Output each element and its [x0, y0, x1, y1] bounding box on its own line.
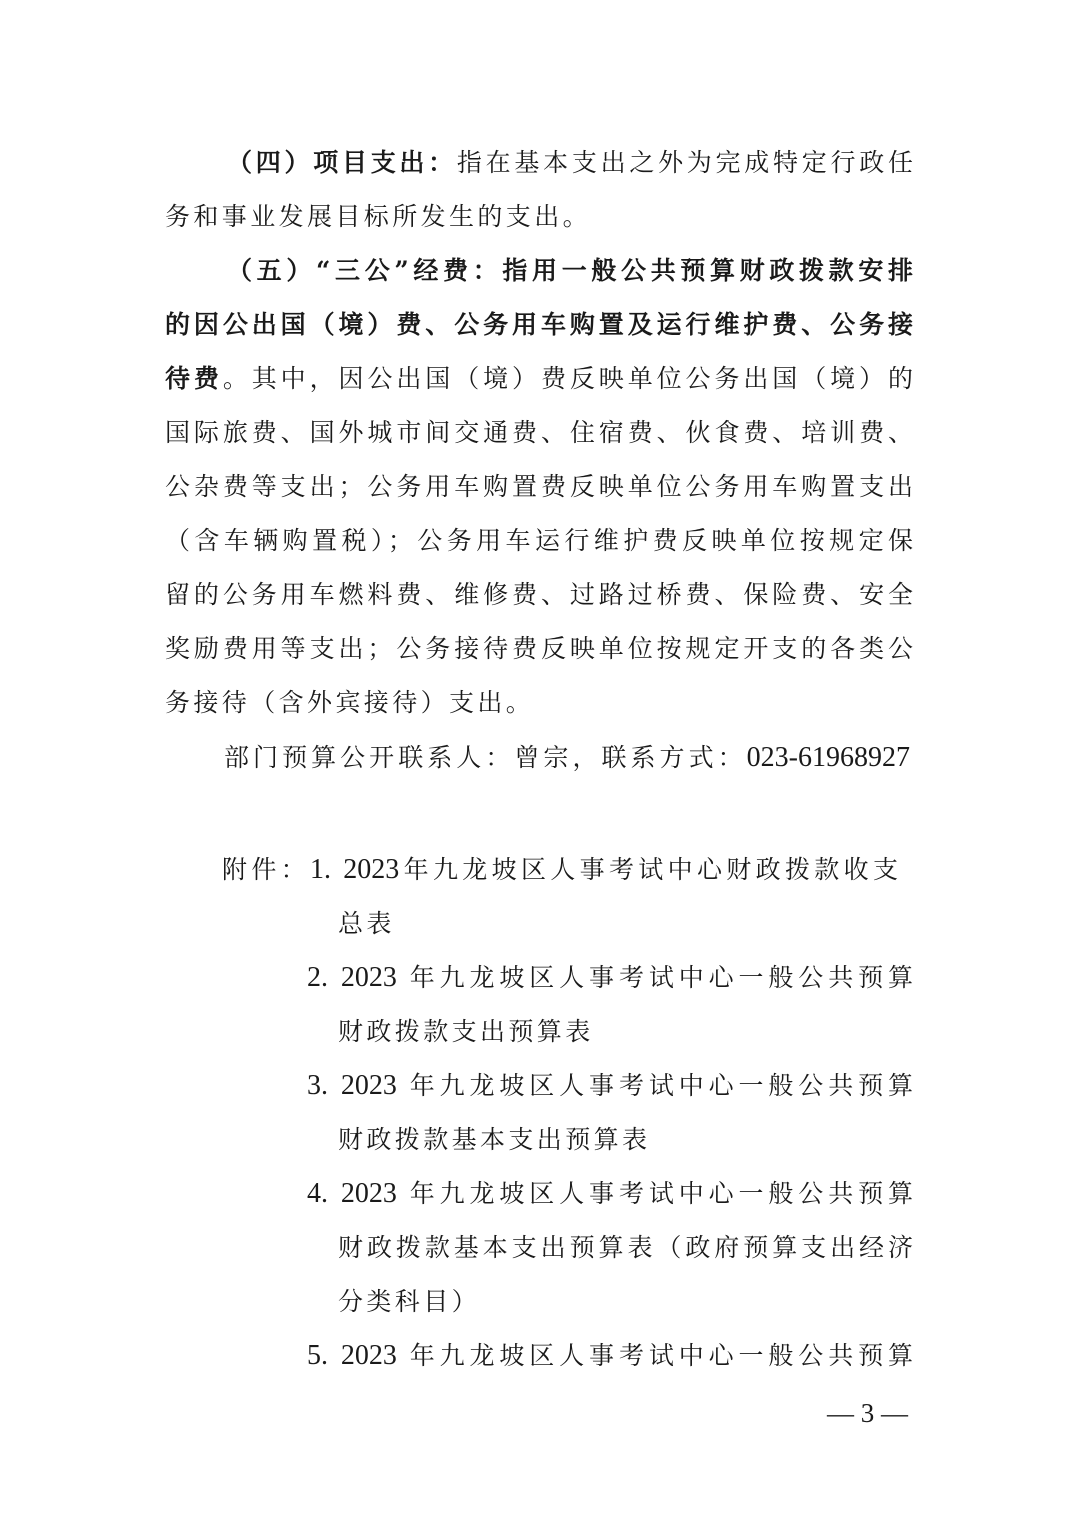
- attachment-3-year: 2023: [341, 1070, 397, 1101]
- section-4-text: 指在基本支出之外为完成特定行政任: [457, 148, 913, 177]
- section-5-heading: （五）“三公”经费：: [227, 256, 502, 285]
- attachment-1-number: 1.: [310, 854, 331, 885]
- attachment-3-title: 年九龙坡区人事考试中心一般公共预算: [410, 1071, 913, 1100]
- section-5-line-4: 国际旅费、国外城市间交通费、住宿费、伙食费、培训费、: [165, 413, 913, 453]
- contact-line: 部门预算公开联系人：曾宗，联系方式：023-61968927: [224, 738, 910, 778]
- attachment-2-title: 年九龙坡区人事考试中心一般公共预算: [410, 963, 913, 992]
- attachment-1-title: 年九龙坡区人事考试中心财政拨款收支: [399, 855, 898, 884]
- attachment-4-year: 2023: [341, 1178, 397, 1209]
- section-4-heading: （四）项目支出：: [227, 148, 457, 177]
- attachment-2-line-1: 2. 2023 年九龙坡区人事考试中心一般公共预算: [307, 958, 913, 998]
- attachment-1-line-1: 附件：1. 2023年九龙坡区人事考试中心财政拨款收支: [222, 850, 898, 890]
- section-5-bold-text-1: 指用一般公共预算财政拨款安排: [502, 256, 913, 285]
- attachment-4-number: 4.: [307, 1178, 328, 1209]
- contact-phone: 023-61968927: [747, 742, 910, 773]
- attachment-4-line-3: 分类科目）: [338, 1282, 913, 1322]
- attachment-2-number: 2.: [307, 962, 328, 993]
- attachment-5-number: 5.: [307, 1340, 328, 1371]
- section-5-line-6: （含车辆购置税）；公务用车运行维护费反映单位按规定保: [165, 521, 913, 561]
- attachment-5-year: 2023: [341, 1340, 397, 1371]
- attachment-4-line-2: 财政拨款基本支出预算表（政府预算支出经济: [338, 1228, 913, 1268]
- document-page: （四）项目支出：指在基本支出之外为完成特定行政任 务和事业发展目标所发生的支出。…: [0, 0, 1074, 1520]
- attachment-2-year: 2023: [341, 962, 397, 993]
- section-5-bold-text-3: 待费: [165, 364, 223, 393]
- section-5-line-9: 务接待（含外宾接待）支出。: [165, 683, 913, 723]
- section-5-line-8: 奖励费用等支出；公务接待费反映单位按规定开支的各类公: [165, 629, 913, 669]
- attachments-label: 附件：: [222, 855, 310, 884]
- attachment-3-line-2: 财政拨款基本支出预算表: [338, 1120, 913, 1160]
- attachment-1-year: 2023: [343, 854, 399, 885]
- contact-label: 部门预算公开联系人：曾宗，联系方式：: [224, 743, 747, 772]
- section-5-line-3: 待费。其中，因公出国（境）费反映单位公务出国（境）的: [165, 359, 913, 399]
- section-5-line-7: 留的公务用车燃料费、维修费、过路过桥费、保险费、安全: [165, 575, 913, 615]
- section-4-line-2: 务和事业发展目标所发生的支出。: [165, 197, 913, 237]
- section-5-text-3: 。其中，因公出国（境）费反映单位公务出国（境）的: [223, 364, 913, 393]
- attachment-1-line-2: 总表: [338, 904, 898, 944]
- section-5-line-2: 的因公出国（境）费、公务用车购置及运行维护费、公务接: [165, 305, 913, 345]
- attachment-2-line-2: 财政拨款支出预算表: [338, 1012, 913, 1052]
- attachment-5-line-1: 5. 2023 年九龙坡区人事考试中心一般公共预算: [307, 1336, 913, 1376]
- attachment-5-title: 年九龙坡区人事考试中心一般公共预算: [410, 1341, 913, 1370]
- page-number: — 3 —: [820, 1393, 915, 1433]
- attachment-3-line-1: 3. 2023 年九龙坡区人事考试中心一般公共预算: [307, 1066, 913, 1106]
- attachment-4-title: 年九龙坡区人事考试中心一般公共预算: [410, 1179, 913, 1208]
- attachment-4-line-1: 4. 2023 年九龙坡区人事考试中心一般公共预算: [307, 1174, 913, 1214]
- section-5-line-1: （五）“三公”经费：指用一般公共预算财政拨款安排: [227, 251, 913, 291]
- section-4-line-1: （四）项目支出：指在基本支出之外为完成特定行政任: [227, 143, 913, 183]
- attachment-3-number: 3.: [307, 1070, 328, 1101]
- section-5-line-5: 公杂费等支出；公务用车购置费反映单位公务用车购置支出: [165, 467, 913, 507]
